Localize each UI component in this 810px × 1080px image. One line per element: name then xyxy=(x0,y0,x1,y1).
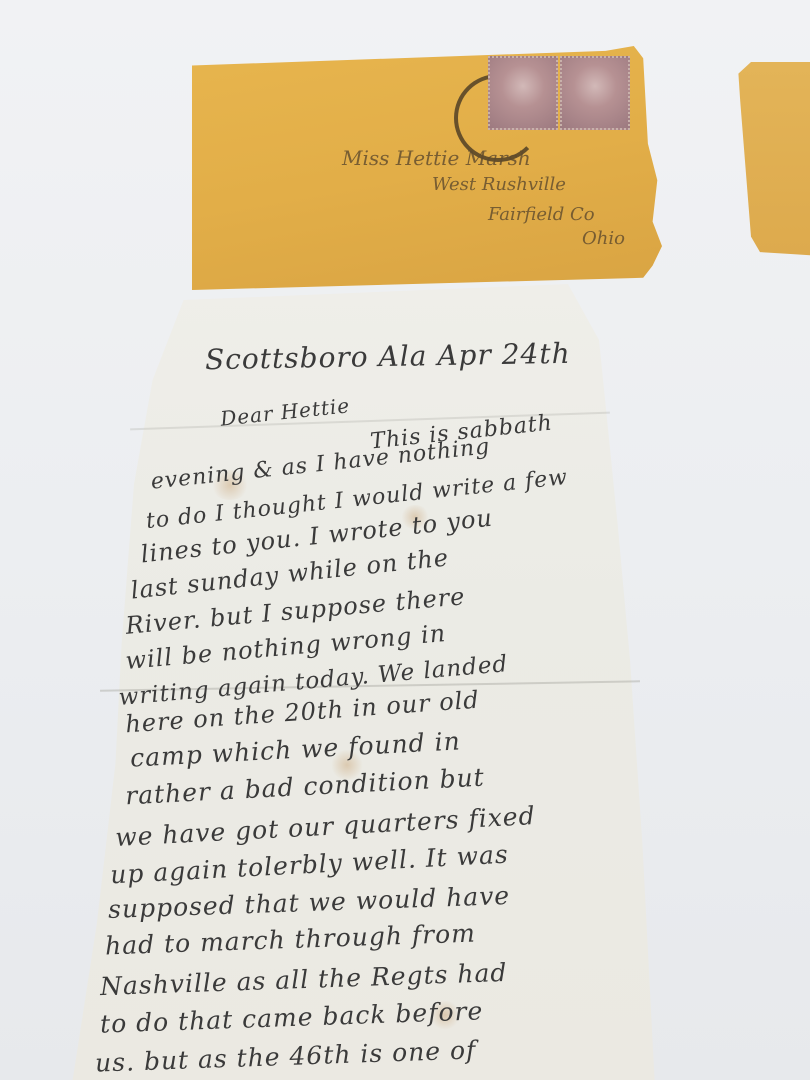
address-line: Fairfield Co xyxy=(488,204,595,225)
address-line: Miss Hettie Marsh xyxy=(342,146,531,170)
second-envelope xyxy=(733,62,810,256)
address-line: Ohio xyxy=(582,228,625,249)
stamp xyxy=(488,56,558,130)
address-line: West Rushville xyxy=(432,174,566,195)
letter-heading: Scottsboro Ala Apr 24th xyxy=(205,337,571,376)
envelope: Miss Hettie Marsh West Rushville Fairfie… xyxy=(192,46,662,290)
stamp xyxy=(560,56,630,130)
